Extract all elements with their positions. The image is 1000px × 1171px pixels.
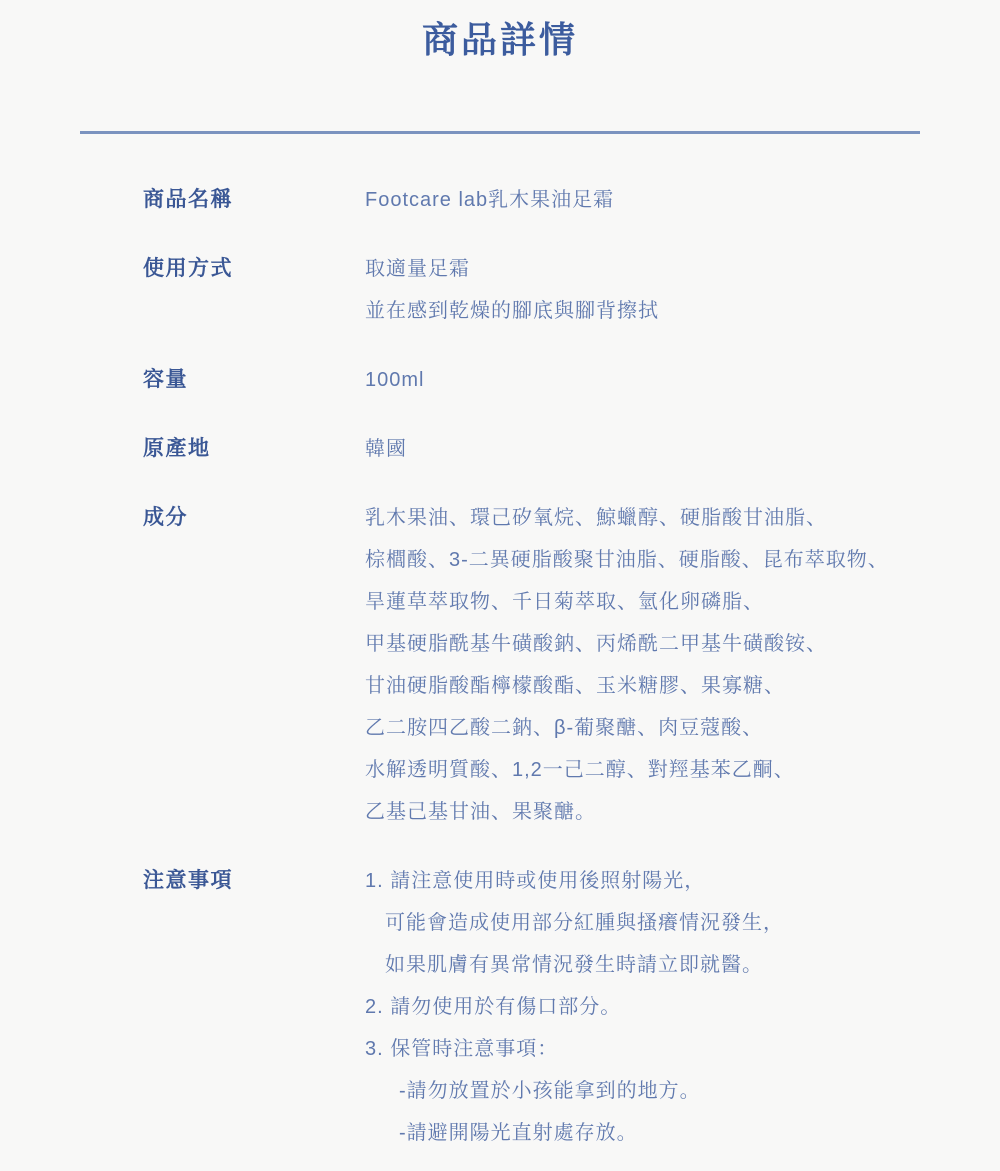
detail-row-usage: 使用方式 取適量足霜 並在感到乾燥的腳底與腳背擦拭	[143, 248, 960, 332]
row-value-precautions: 1. 請注意使用時或使用後照射陽光， 可能會造成使用部分紅腫與搔癢情況發生， 如…	[365, 860, 784, 1154]
value-line: -請勿放置於小孩能拿到的地方。	[365, 1070, 784, 1112]
row-value-product-name: Footcare lab乳木果油足霜	[365, 179, 614, 221]
value-line: 乙二胺四乙酸二鈉、β-葡聚醣、肉豆蔻酸、	[365, 707, 889, 749]
detail-row-volume: 容量 100ml	[143, 359, 960, 401]
row-value-ingredients: 乳木果油、環己矽氧烷、鯨蠟醇、硬脂酸甘油脂、 棕櫚酸、3-二異硬脂酸聚甘油脂、硬…	[365, 497, 889, 833]
value-line: 乙基己基甘油、果聚醣。	[365, 791, 889, 833]
detail-row-ingredients: 成分 乳木果油、環己矽氧烷、鯨蠟醇、硬脂酸甘油脂、 棕櫚酸、3-二異硬脂酸聚甘油…	[143, 497, 960, 833]
row-value-usage: 取適量足霜 並在感到乾燥的腳底與腳背擦拭	[365, 248, 659, 332]
detail-row-origin: 原產地 韓國	[143, 428, 960, 470]
row-label-ingredients: 成分	[143, 497, 365, 539]
value-line: 可能會造成使用部分紅腫與搔癢情況發生，	[365, 902, 784, 944]
value-line: 如果肌膚有異常情況發生時請立即就醫。	[365, 944, 784, 986]
product-detail-table: 商品名稱 Footcare lab乳木果油足霜 使用方式 取適量足霜 並在感到乾…	[0, 179, 1000, 1154]
value-line: 3. 保管時注意事項：	[365, 1028, 784, 1070]
row-label-volume: 容量	[143, 359, 365, 401]
value-line: 水解透明質酸、1,2一己二醇、對羥基苯乙酮、	[365, 749, 889, 791]
row-label-origin: 原產地	[143, 428, 365, 470]
value-line: 2. 請勿使用於有傷口部分。	[365, 986, 784, 1028]
row-label-product-name: 商品名稱	[143, 179, 365, 221]
value-line: 乳木果油、環己矽氧烷、鯨蠟醇、硬脂酸甘油脂、	[365, 497, 889, 539]
value-line: 棕櫚酸、3-二異硬脂酸聚甘油脂、硬脂酸、昆布萃取物、	[365, 539, 889, 581]
value-line: 韓國	[365, 428, 407, 470]
section-divider	[80, 131, 920, 134]
page-title: 商品詳情	[0, 16, 1000, 64]
value-line: 1. 請注意使用時或使用後照射陽光，	[365, 860, 784, 902]
value-line: 甲基硬脂酰基牛磺酸鈉、丙烯酰二甲基牛磺酸铵、	[365, 623, 889, 665]
value-line: Footcare lab乳木果油足霜	[365, 179, 614, 221]
value-line: 100ml	[365, 359, 424, 401]
value-line: 甘油硬脂酸酯檸檬酸酯、玉米糖膠、果寡糖、	[365, 665, 889, 707]
row-label-usage: 使用方式	[143, 248, 365, 290]
product-detail-page: 商品詳情 商品名稱 Footcare lab乳木果油足霜 使用方式 取適量足霜 …	[0, 16, 1000, 1154]
value-line: 取適量足霜	[365, 248, 659, 290]
row-value-origin: 韓國	[365, 428, 407, 470]
value-line: 並在感到乾燥的腳底與腳背擦拭	[365, 290, 659, 332]
row-label-precautions: 注意事項	[143, 860, 365, 902]
detail-row-product-name: 商品名稱 Footcare lab乳木果油足霜	[143, 179, 960, 221]
value-line: -請避開陽光直射處存放。	[365, 1112, 784, 1154]
row-value-volume: 100ml	[365, 359, 424, 401]
value-line: 旱蓮草萃取物、千日菊萃取、氫化卵磷脂、	[365, 581, 889, 623]
detail-row-precautions: 注意事項 1. 請注意使用時或使用後照射陽光， 可能會造成使用部分紅腫與搔癢情況…	[143, 860, 960, 1154]
